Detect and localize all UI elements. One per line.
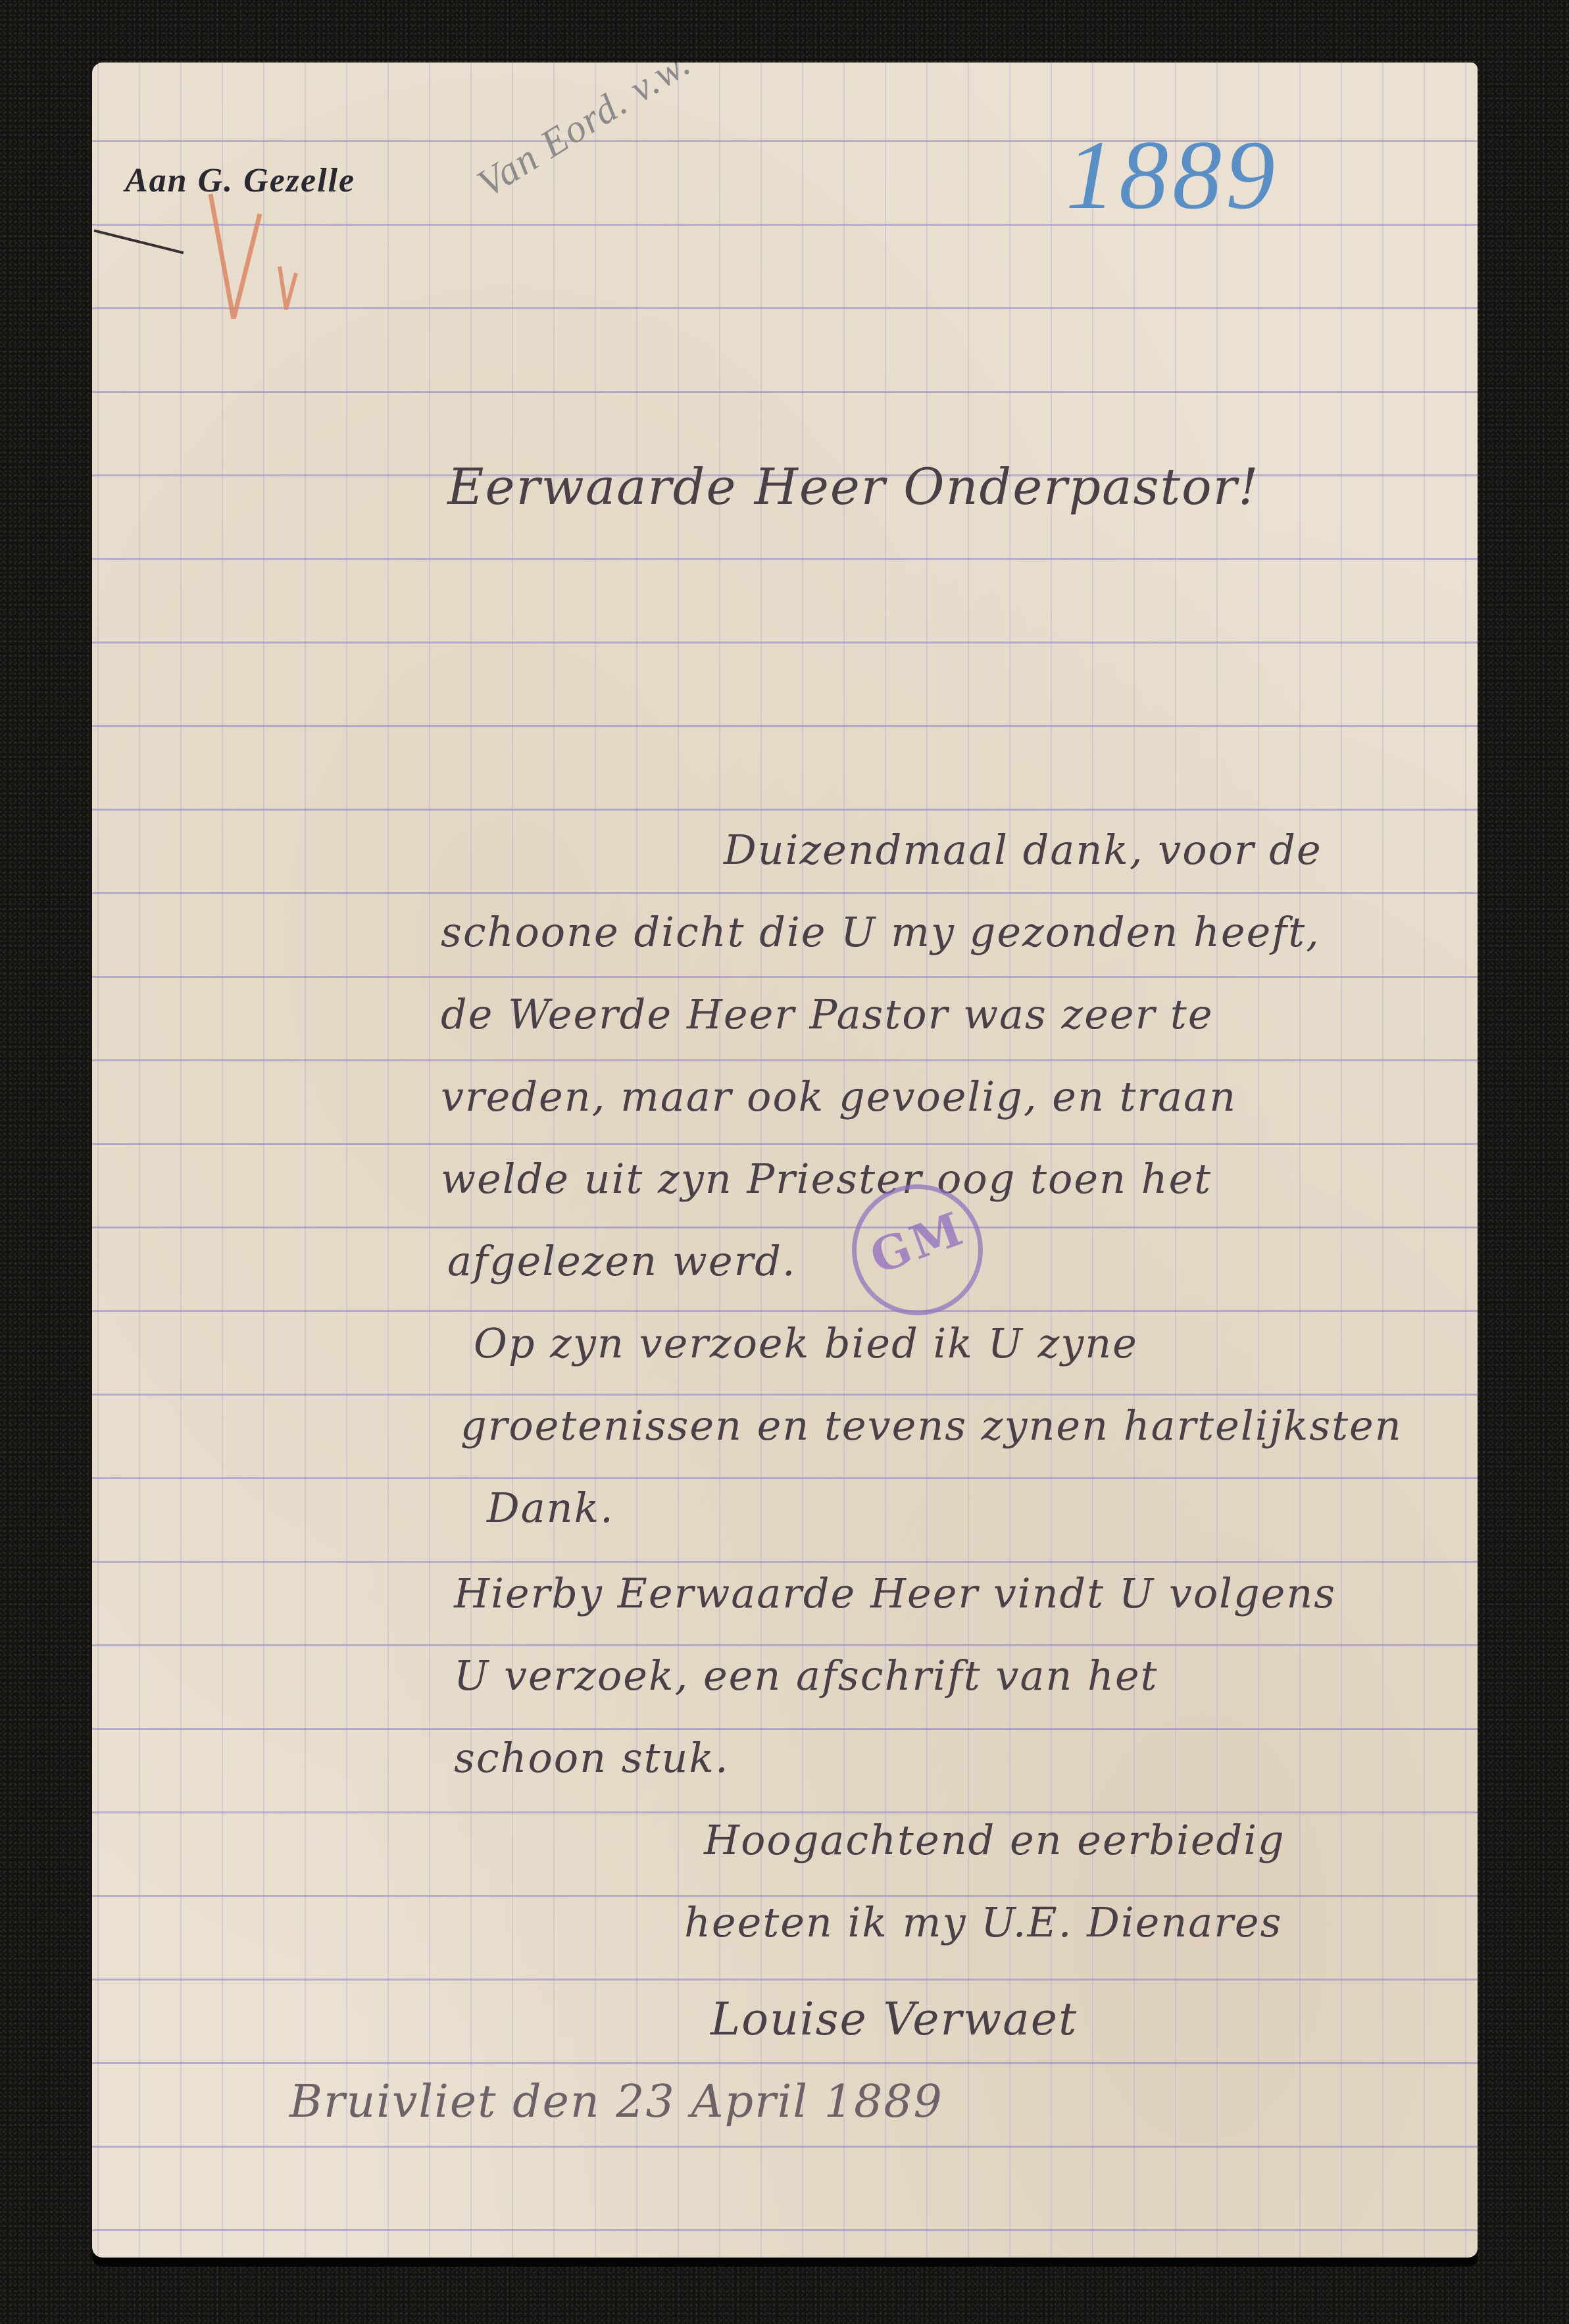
salutation: Eerwaarde Heer Onderpastor! — [447, 457, 1260, 516]
body-line: Dank. — [487, 1484, 614, 1532]
library-stamp: GM — [852, 1184, 983, 1315]
closing-line: heeten ik my U.E. Dienares — [684, 1898, 1282, 1946]
year-annotation: 1889 — [1066, 118, 1279, 232]
body-line: schoone dicht die U my gezonden heeft, — [441, 908, 1320, 956]
red-check-marks-icon — [204, 188, 303, 319]
body-line: welde uit zyn Priester oog toen het — [441, 1155, 1212, 1203]
stamp-monogram: GM — [851, 1196, 984, 1289]
body-line: vreden, maar ook gevoelig, en traan — [441, 1073, 1237, 1121]
paper-tear — [92, 229, 184, 269]
pencil-annotation: Van Eord. v.w. — [469, 63, 699, 207]
body-line: U verzoek, een afschrift van het — [454, 1652, 1158, 1700]
body-line: Duizendmaal dank, voor de — [724, 826, 1322, 874]
body-line: afgelezen werd. — [447, 1237, 797, 1285]
signature: Louise Verwaet — [710, 1994, 1078, 2046]
place-date: Bruivliet den 23 April 1889 — [289, 2076, 943, 2128]
closing-line: Hoogachtend en eerbiedig — [704, 1816, 1285, 1864]
body-line: Op zyn verzoek bied ik U zyne — [474, 1319, 1138, 1367]
body-line: groetenissen en tevens zynen hartelijkst… — [461, 1402, 1403, 1450]
body-line: schoon stuk. — [454, 1734, 730, 1782]
body-line: Hierby Eerwaarde Heer vindt U volgens — [454, 1569, 1336, 1617]
body-line: de Weerde Heer Pastor was zeer te — [441, 990, 1214, 1038]
letter-page: Aan G. Gezelle Van Eord. v.w. 1889 Eerwa… — [92, 63, 1478, 2258]
